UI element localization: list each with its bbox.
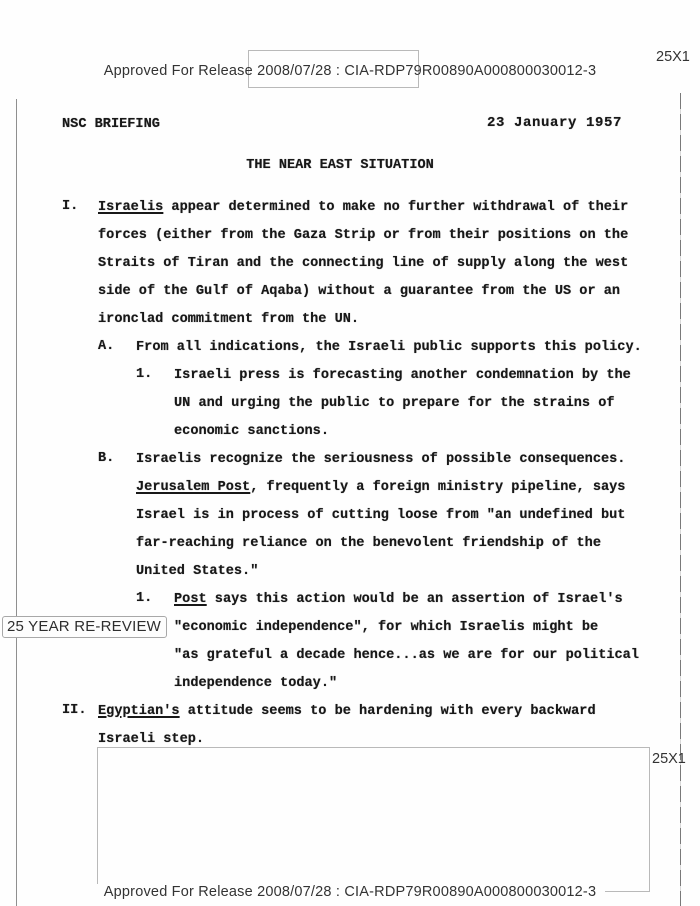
text-line: Post says this action would be an assert… [174,591,700,619]
bottom-redaction-box [97,747,650,892]
text-line: Israeli press is forecasting another con… [174,367,700,395]
text-line: Jerusalem Post, frequently a foreign min… [136,479,700,507]
outline-item-label: B. [98,451,114,466]
text-line: ironclad commitment from the UN. [98,311,700,339]
outline-item: A.From all indications, the Israeli publ… [0,339,700,367]
text-line: independence today." [174,675,700,703]
text-line: "as grateful a decade hence...as we are … [174,647,700,675]
outline-item-label: 1. [136,591,152,606]
outline-item: I.Israelis appear determined to make no … [0,199,700,339]
text-line: UN and urging the public to prepare for … [174,395,700,423]
outline-item: B.Israelis recognize the seriousness of … [0,451,700,591]
text-line: Egyptian's attitude seems to be hardenin… [98,703,700,731]
text-line: economic sanctions. [174,423,700,451]
header-approval-banner: Approved For Release 2008/07/28 : CIA-RD… [0,63,700,79]
re-review-stamp: 25 YEAR RE-REVIEW [2,616,167,638]
footer-approval-banner: Approved For Release 2008/07/28 : CIA-RD… [0,884,700,900]
header-approval-text: Approved For Release 2008/07/28 : CIA-RD… [104,63,596,79]
outline-item-label: A. [98,339,114,354]
text-line: Straits of Tiran and the connecting line… [98,255,700,283]
outline-item: 1.Israeli press is forecasting another c… [0,367,700,451]
text-line: Israelis recognize the seriousness of po… [136,451,700,479]
outline-item-label: I. [62,199,78,214]
scanned-document-page: 25X1 Approved For Release 2008/07/28 : C… [0,0,700,906]
text-line: Israelis appear determined to make no fu… [98,199,700,227]
text-line: "economic independence", for which Israe… [174,619,700,647]
footer-approval-text: Approved For Release 2008/07/28 : CIA-RD… [95,884,605,900]
doc-type-heading: NSC BRIEFING [62,117,160,132]
document-body: I.Israelis appear determined to make no … [0,199,700,759]
text-line: forces (either from the Gaza Strip or fr… [98,227,700,255]
doc-date: 23 January 1957 [487,115,622,131]
text-line: side of the Gulf of Aqaba) without a gua… [98,283,700,311]
outline-item-label: 1. [136,367,152,382]
outline-item-label: II. [62,703,86,718]
text-line: Israel is in process of cutting loose fr… [136,507,700,535]
bottom-classification-code: 25X1 [652,751,686,767]
text-line: far-reaching reliance on the benevolent … [136,535,700,563]
doc-title: THE NEAR EAST SITUATION [0,158,680,173]
outline-item: 1.Post says this action would be an asse… [0,591,700,703]
text-line: From all indications, the Israeli public… [136,339,700,367]
text-line: United States." [136,563,700,591]
